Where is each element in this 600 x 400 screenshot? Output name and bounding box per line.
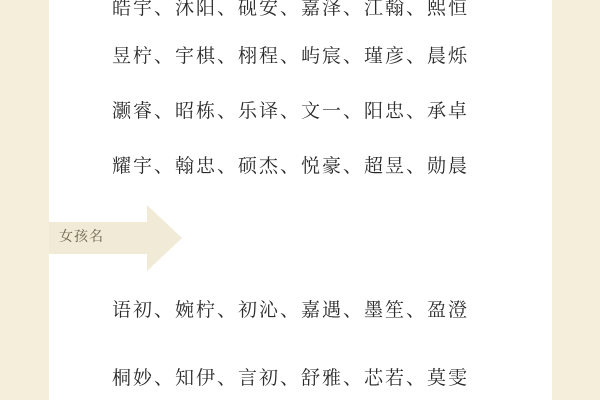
- section-label-girl-names: 女孩名: [59, 227, 104, 247]
- boy-names-row-1: 皓宇、沐阳、砚安、嘉泽、江翰、熙恒: [112, 0, 492, 20]
- girl-names-row-2: 桐妙、知伊、言初、舒雅、芯若、莫雯: [112, 366, 492, 390]
- boy-names-row-4: 耀宇、翰忠、硕杰、悦豪、超昱、勋晨: [112, 154, 492, 178]
- left-margin-panel: [0, 0, 49, 400]
- girl-names-row-1: 语初、婉柠、初沁、嘉遇、墨笙、盈澄: [112, 298, 492, 322]
- boy-names-row-2: 昱柠、宇棋、栩程、屿宸、瑾彦、晨烁: [112, 44, 492, 68]
- name-list-page: 皓宇、沐阳、砚安、嘉泽、江翰、熙恒 昱柠、宇棋、栩程、屿宸、瑾彦、晨烁 灏睿、昭…: [0, 0, 600, 400]
- right-margin-panel: [552, 0, 600, 400]
- arrow-head-shape: [147, 205, 182, 271]
- boy-names-row-3: 灏睿、昭栋、乐译、文一、阳忠、承卓: [112, 99, 492, 123]
- girl-names-section-header: 女孩名: [49, 205, 183, 271]
